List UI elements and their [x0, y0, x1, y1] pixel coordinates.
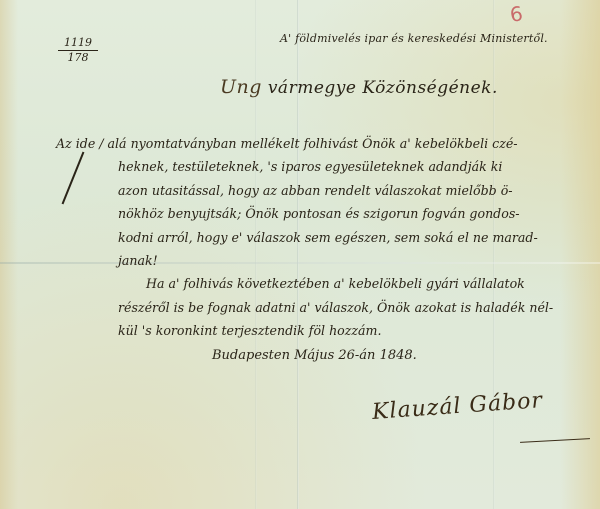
archive-mark: 6 — [508, 1, 524, 27]
letter-page: 6 1119 178 A' földmivelés ipar és keresk… — [0, 0, 600, 509]
body-line: janak! — [56, 249, 586, 272]
body-line: nökhöz benyujtsák; Önök pontosan és szig… — [56, 202, 586, 225]
dateline: Budapesten Május 26-án 1848. — [212, 348, 417, 363]
letter-body: Az ide / alá nyomtatványban mellékelt fo… — [56, 132, 586, 343]
signature: Klauzál Gábor — [371, 388, 543, 425]
registry-number-bottom: 178 — [58, 51, 98, 64]
body-line: Az ide / alá nyomtatványban mellékelt fo… — [56, 132, 586, 155]
body-line: heknek, testületeknek, 's iparos egyesül… — [56, 155, 586, 178]
signature-flourish — [520, 438, 590, 443]
registry-number-top: 1119 — [58, 36, 98, 51]
addressee-line: Ung vármegye Közönségének. — [220, 76, 498, 98]
addressee-county: Ung — [220, 76, 262, 98]
body-line: kül 's koronkint terjesztendik föl hozzá… — [56, 319, 586, 342]
addressee-rest: vármegye Közönségének. — [268, 78, 498, 98]
sender-line: A' földmivelés ipar és kereskedési Minis… — [280, 32, 548, 45]
body-line: Ha a' folhivás következtében a' kebelökb… — [56, 272, 586, 295]
body-line: azon utasitással, hogy az abban rendelt … — [56, 179, 586, 202]
registry-number: 1119 178 — [58, 36, 98, 64]
body-line: kodni arról, hogy e' válaszok sem egésze… — [56, 226, 586, 249]
body-line: részéről is be fognak adatni a' válaszok… — [56, 296, 586, 319]
